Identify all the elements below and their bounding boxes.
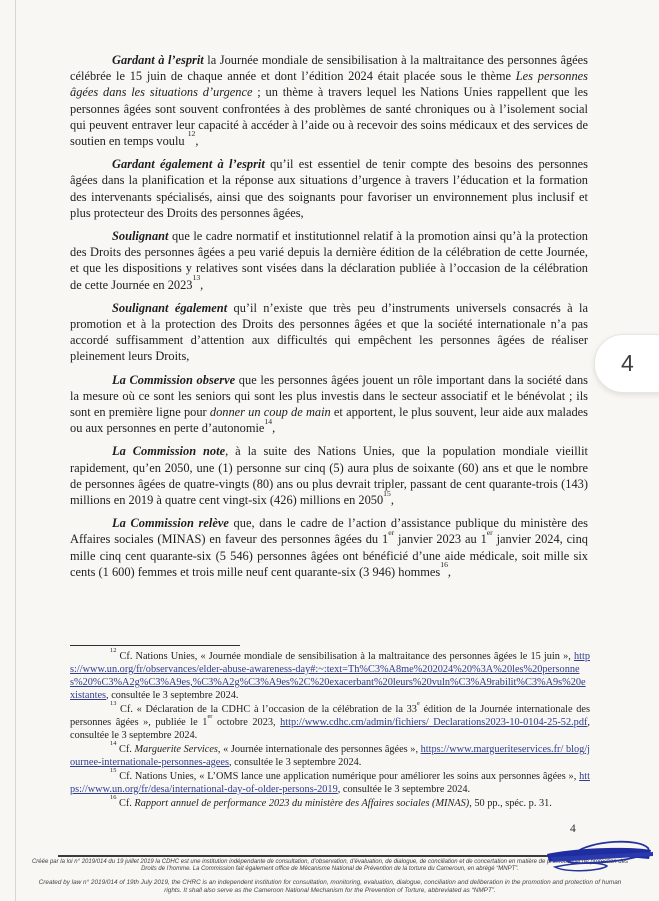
footer-text-french: Créée par la loi n° 2019/014 du 19 juill…: [30, 859, 630, 874]
paragraph-soulignant: Soulignant que le cadre normatif et inst…: [70, 228, 588, 293]
footnote-hyperlink[interactable]: http://www.cdhc.cm/admin/fichiers/ Decla…: [280, 717, 587, 728]
footnote-separator: [70, 645, 240, 646]
footnote-14: 14 Cf. Marguerite Services, « Journée in…: [70, 743, 590, 769]
scan-artifact-line: [15, 0, 16, 901]
paragraph-gardant-egalement: Gardant également à l’esprit qu’il est e…: [70, 156, 588, 221]
document-body: Gardant à l’esprit la Journée mondiale d…: [70, 52, 588, 587]
paragraph-gardant-a-lesprit: Gardant à l’esprit la Journée mondiale d…: [70, 52, 588, 149]
footnotes-section: 12 Cf. Nations Unies, « Journée mondiale…: [70, 650, 590, 811]
paragraph-commission-observe: La Commission observe que les personnes …: [70, 372, 588, 437]
footnote-13: 13 Cf. « Déclaration de la CDHC à l’occa…: [70, 703, 590, 742]
page-number: 4: [570, 823, 576, 835]
page-indicator-label: 4: [621, 350, 659, 377]
scanned-document-page: Gardant à l’esprit la Journée mondiale d…: [0, 0, 659, 901]
footnote-12: 12 Cf. Nations Unies, « Journée mondiale…: [70, 650, 590, 702]
institutional-footer: Créée par la loi n° 2019/014 du 19 juill…: [30, 859, 630, 895]
footer-rule: [58, 855, 588, 857]
paragraph-commission-releve: La Commission relève que, dans le cadre …: [70, 515, 588, 580]
footer-text-english: Created by law n° 2019/014 of 19th July …: [30, 879, 630, 895]
signature-scribble: [545, 837, 659, 889]
footnote-16: 16 Cf. Rapport annuel de performance 202…: [70, 797, 590, 810]
paragraph-soulignant-egalement: Soulignant également qu’il n’existe que …: [70, 300, 588, 365]
footnote-15: 15 Cf. Nations Unies, « L’OMS lance une …: [70, 770, 590, 796]
paragraph-commission-note: La Commission note, à la suite des Natio…: [70, 443, 588, 508]
page-indicator-pill: 4: [594, 334, 659, 393]
